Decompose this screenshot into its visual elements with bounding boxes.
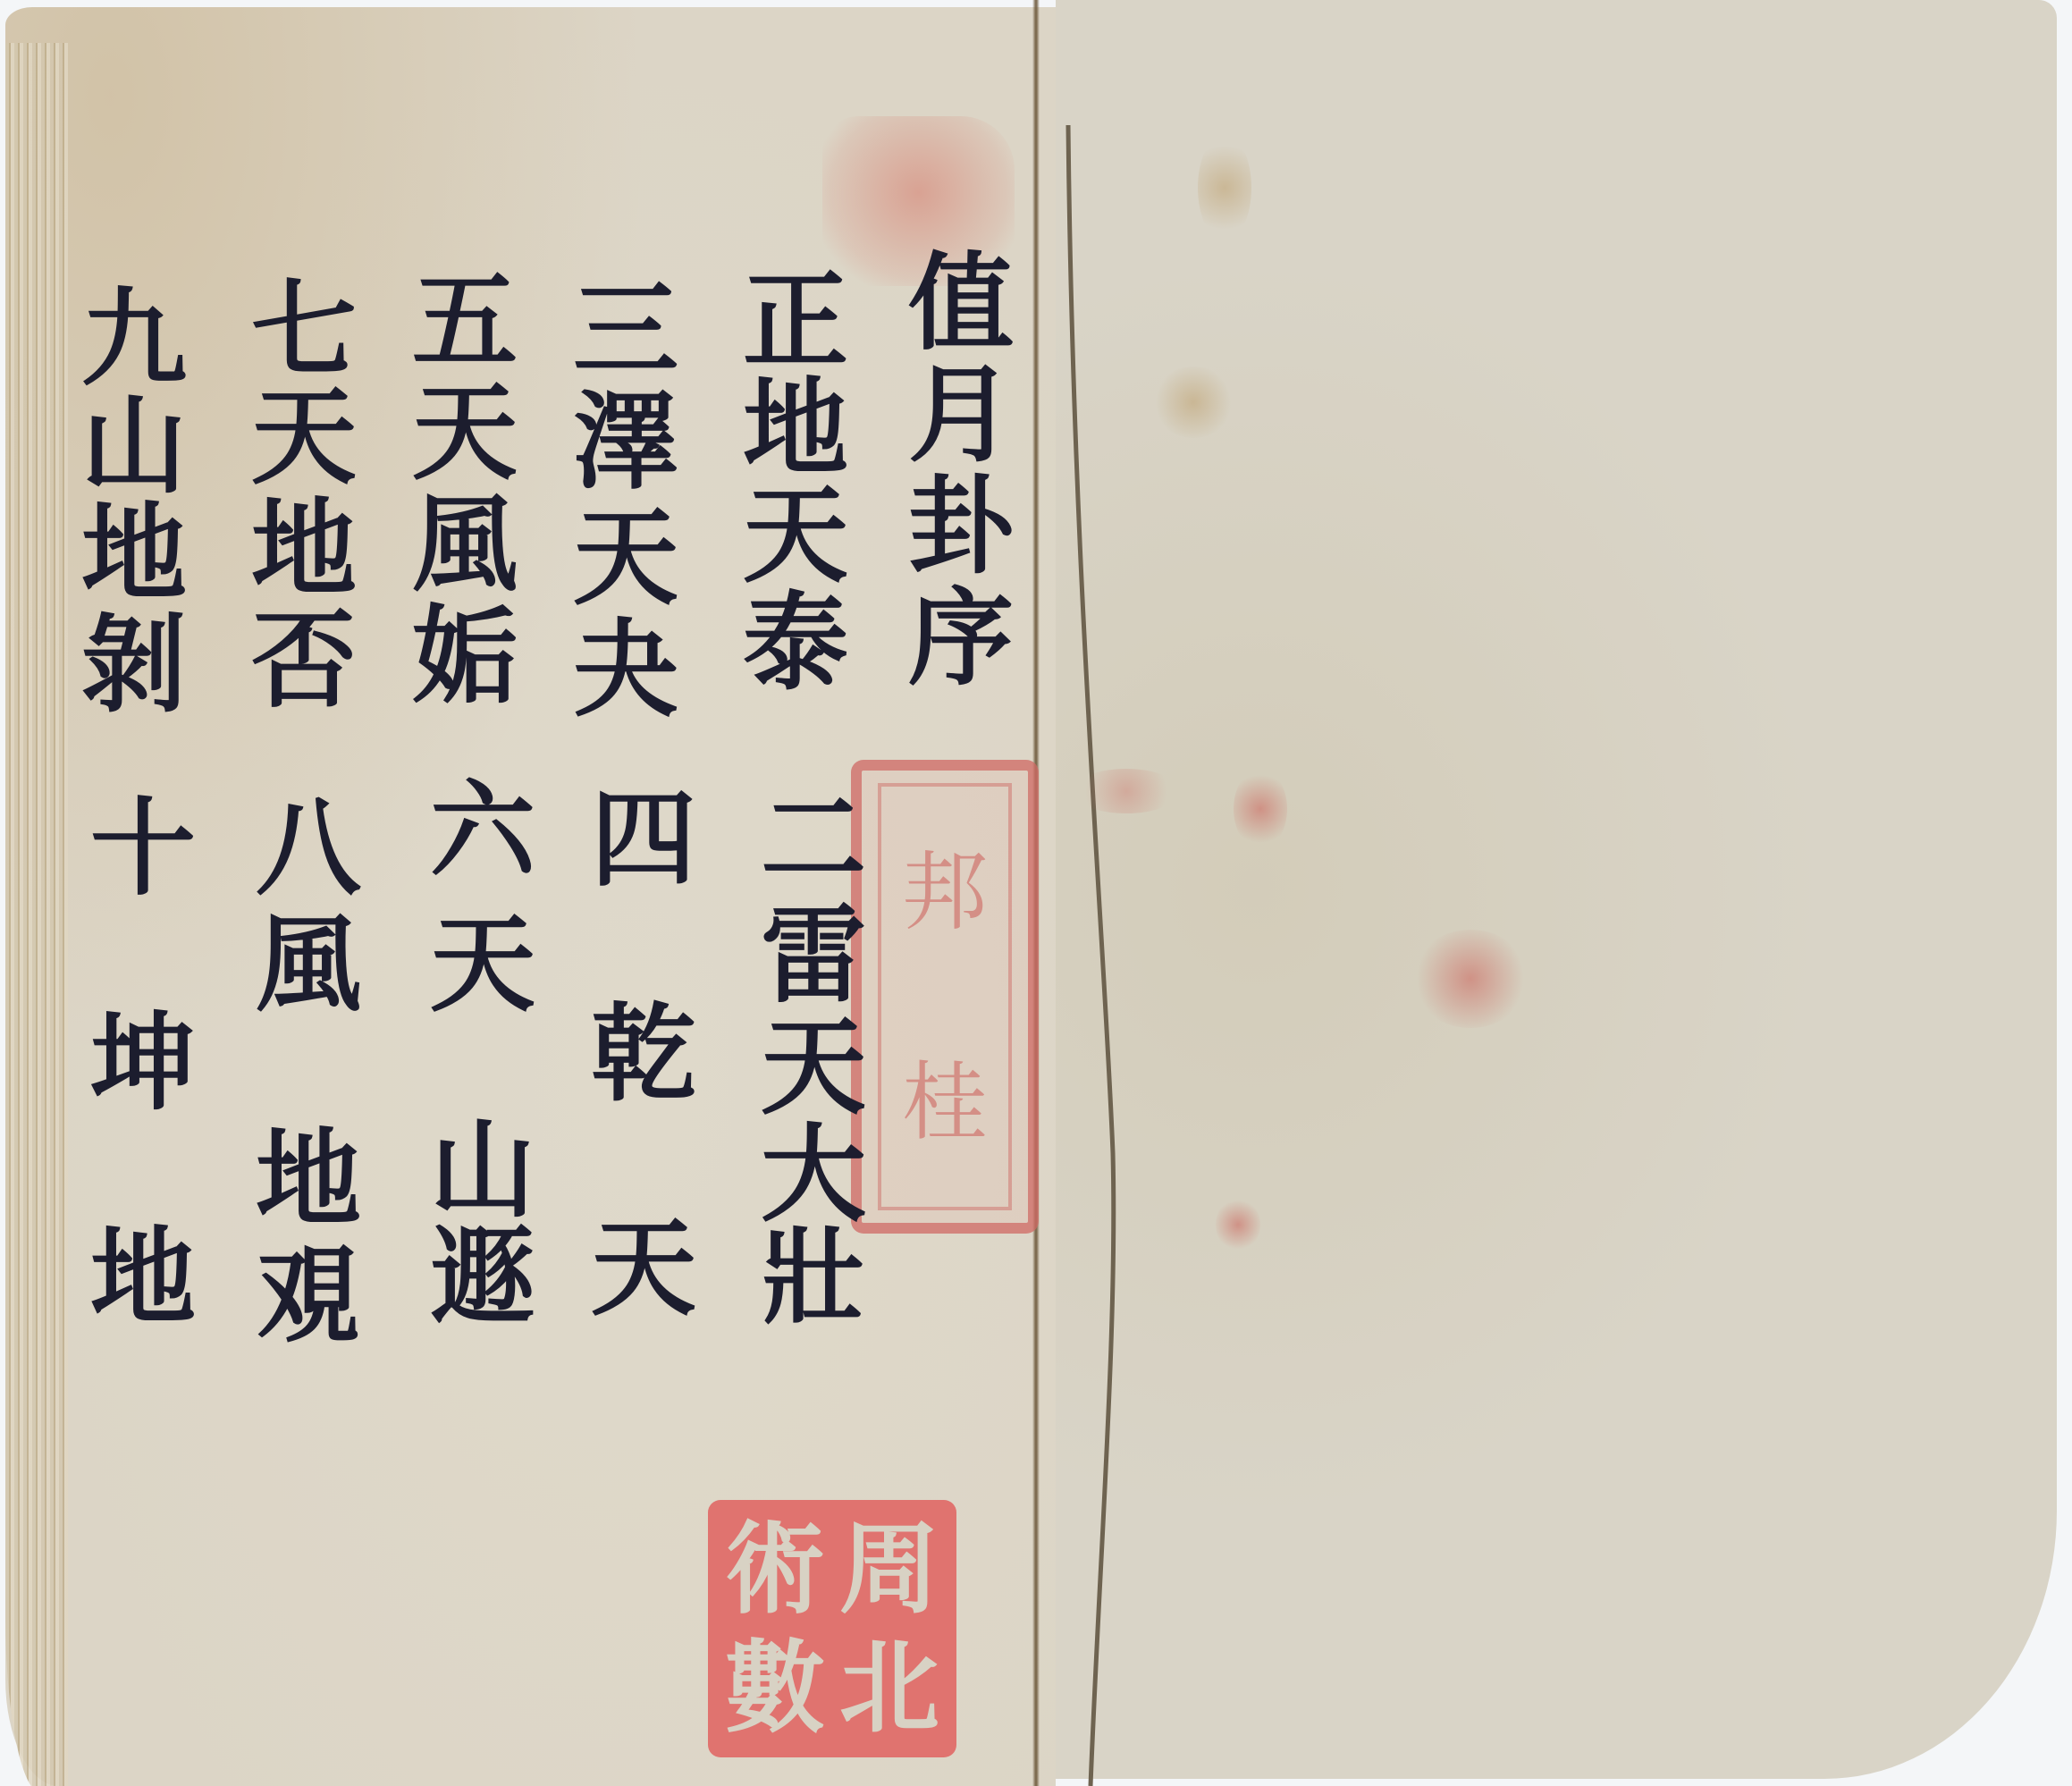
entry-char: 地	[241, 1126, 375, 1232]
entry-char: 否	[237, 608, 371, 713]
entry-char: 地	[237, 496, 371, 602]
seal-char: 北	[835, 1631, 944, 1745]
entry-char: 姤	[398, 603, 532, 709]
ink-stain	[1216, 1198, 1260, 1251]
title-column: 值月卦序	[894, 250, 1028, 697]
entry-char: 天	[398, 380, 532, 485]
entry-char: 泰	[729, 590, 863, 695]
entry-number: 三	[559, 277, 693, 383]
seal-char: 術	[720, 1512, 830, 1626]
entry-char: 天	[237, 384, 371, 490]
entry-char: 遯	[416, 1225, 550, 1330]
entry-char: 山	[416, 1117, 550, 1223]
entry-number: 六	[416, 778, 550, 883]
binding-line	[1064, 125, 1117, 1786]
entry-number: 七	[237, 277, 371, 383]
entry-char: 風	[398, 492, 532, 597]
entry-char: 天	[729, 483, 863, 588]
ink-stain	[1412, 930, 1529, 1028]
entry-char: 壯	[746, 1225, 880, 1330]
manuscript-spread: 邦 桂 值月卦序 正 地 天 泰 二 雷 天 大 壯 三 澤 天 夬 四 乾 天…	[0, 0, 2072, 1786]
title-char: 值	[894, 250, 1028, 356]
entry-number: 十	[76, 796, 210, 901]
entry-char: 坤	[76, 1010, 210, 1116]
title-char: 序	[894, 586, 1028, 691]
entry-char: 天	[416, 912, 550, 1017]
rectangular-seal-inner: 邦 桂	[878, 783, 1012, 1210]
entry-number: 四	[577, 787, 711, 892]
entry-char: 夬	[559, 617, 693, 722]
title-char: 卦	[894, 474, 1028, 579]
entry-char: 覌	[241, 1243, 375, 1348]
entry-number: 正	[729, 268, 863, 374]
entry-char: 大	[746, 1122, 880, 1227]
seal-char: 桂	[902, 1059, 988, 1145]
ink-stain	[1234, 769, 1287, 849]
entry-number: 九	[67, 286, 201, 392]
entry-char: 風	[241, 912, 375, 1017]
square-seal: 術 周 數 北	[708, 1500, 956, 1757]
page-edge-stack	[5, 43, 68, 1786]
entry-char: 剝	[67, 612, 201, 718]
paper-stain	[1153, 366, 1234, 438]
entry-number: 五	[398, 268, 532, 374]
ink-stain	[1073, 769, 1180, 813]
entry-char: 天	[559, 505, 693, 611]
entry-number: 二	[746, 787, 880, 892]
entry-char: 澤	[559, 389, 693, 494]
seal-char: 邦	[902, 849, 988, 935]
entry-char: 山	[67, 393, 201, 499]
title-char: 月	[894, 362, 1028, 468]
entry-number: 八	[241, 796, 375, 901]
entry-char: 天	[746, 1015, 880, 1120]
entry-char: 天	[577, 1216, 711, 1321]
paper-stain	[1198, 134, 1251, 241]
entry-char: 地	[67, 501, 201, 606]
entry-char: 地	[76, 1225, 210, 1330]
right-page	[1056, 0, 2057, 1779]
seal-char: 周	[835, 1512, 944, 1626]
entry-char: 雷	[746, 903, 880, 1008]
entry-char: 乾	[577, 1001, 711, 1107]
entry-char: 地	[729, 375, 863, 481]
seal-char: 數	[720, 1631, 830, 1745]
